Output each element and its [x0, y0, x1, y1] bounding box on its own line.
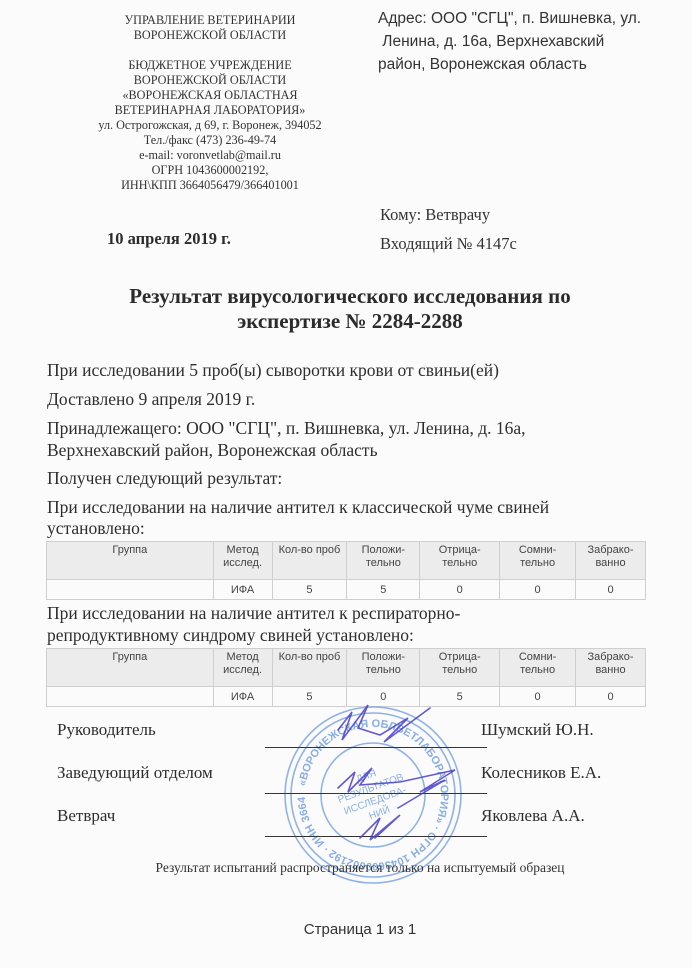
org-line: «ВОРОНЕЖСКАЯ ОБЛАСТНАЯ: [60, 88, 360, 103]
cell-negative: 0: [420, 580, 500, 600]
delivery-date: Доставлено 9 апреля 2019 г.: [47, 389, 667, 410]
org-ogrn: ОГРН 1043600002192,: [60, 163, 360, 178]
org-email: e-mail: voronvetlab@mail.ru: [60, 148, 360, 163]
title-line: Результат вирусологического исследования…: [40, 284, 660, 309]
signer-role: Заведующий отделом: [57, 763, 213, 783]
org-phone: Тел./факс (473) 236-49-74: [60, 133, 360, 148]
org-line: ВОРОНЕЖСКОЙ ОБЛАСТИ: [60, 28, 360, 43]
results-table-prrs: Группа Методисслед. Кол-во проб Положи-т…: [46, 648, 646, 707]
cell-method: ИФА: [213, 687, 272, 707]
signer-role: Ветврач: [57, 806, 115, 826]
col-negative: Отрица-тельно: [420, 649, 500, 687]
col-negative: Отрица-тельно: [420, 542, 500, 580]
samples-info: При исследовании 5 проб(ы) сыворотки кро…: [47, 360, 667, 381]
cell-rejected: 0: [576, 687, 646, 707]
org-inn: ИНН\КПП 3664056479/366401001: [60, 178, 360, 193]
owner-line: Принадлежащего: ООО "СГЦ", п. Вишневка, …: [47, 418, 667, 439]
org-line: УПРАВЛЕНИЕ ВЕТЕРИНАРИИ: [60, 13, 360, 28]
col-positive: Положи-тельно: [347, 542, 420, 580]
section1-heading: При исследовании на наличие антител к кл…: [47, 497, 667, 518]
cell-count: 5: [272, 580, 347, 600]
incoming-number: Входящий № 4147с: [380, 229, 517, 258]
organization-header: УПРАВЛЕНИЕ ВЕТЕРИНАРИИ ВОРОНЕЖСКОЙ ОБЛАС…: [60, 13, 360, 193]
signer-role: Руководитель: [57, 720, 156, 740]
signer-name: Шумский Ю.Н.: [481, 720, 594, 740]
document-title: Результат вирусологического исследования…: [40, 284, 660, 334]
document-date: 10 апреля 2019 г.: [107, 229, 231, 249]
cell-positive: 5: [347, 580, 420, 600]
recipient-address: Адрес: ООО "СГЦ", п. Вишневка, ул. Ленин…: [378, 7, 678, 76]
cell-doubtful: 0: [500, 687, 576, 707]
recipient-block: Кому: Ветврачу Входящий № 4147с: [380, 200, 517, 258]
results-table-csf: Группа Методисслед. Кол-во проб Положи-т…: [46, 541, 646, 600]
cell-group: [47, 687, 214, 707]
col-positive: Положи-тельно: [347, 649, 420, 687]
cell-method: ИФА: [213, 580, 272, 600]
col-doubtful: Сомни-тельно: [500, 542, 576, 580]
col-method: Методисслед.: [213, 649, 272, 687]
signer-name: Колесников Е.А.: [481, 763, 601, 783]
cell-group: [47, 580, 214, 600]
table-header-row: Группа Методисслед. Кол-во проб Положи-т…: [47, 542, 646, 580]
col-method: Методисслед.: [213, 542, 272, 580]
table-header-row: Группа Методисслед. Кол-во проб Положи-т…: [47, 649, 646, 687]
col-group: Группа: [47, 542, 214, 580]
recipient-to: Кому: Ветврачу: [380, 200, 517, 229]
col-count: Кол-во проб: [272, 542, 347, 580]
col-rejected: Забрако-ванно: [576, 649, 646, 687]
section2-heading: При исследовании на наличие антител к ре…: [47, 603, 667, 624]
address-line: район, Воронежская область: [378, 53, 678, 76]
page-number: Страница 1 из 1: [100, 921, 620, 938]
owner-line: Верхнехавский район, Воронежская область: [47, 440, 667, 461]
section1-heading: установлено:: [47, 518, 667, 539]
org-line: ВОРОНЕЖСКОЙ ОБЛАСТИ: [60, 73, 360, 88]
col-group: Группа: [47, 649, 214, 687]
title-line: экспертизе № 2284-2288: [40, 309, 660, 334]
col-doubtful: Сомни-тельно: [500, 649, 576, 687]
org-address: ул. Острогожская, д 69, г. Воронеж, 3940…: [60, 118, 360, 133]
section2-heading: репродуктивному синдрому свиней установл…: [47, 625, 667, 646]
org-line: ВЕТЕРИНАРНАЯ ЛАБОРАТОРИЯ»: [60, 103, 360, 118]
signer-name: Яковлева А.А.: [481, 806, 585, 826]
cell-doubtful: 0: [500, 580, 576, 600]
cell-rejected: 0: [576, 580, 646, 600]
org-line: БЮДЖЕТНОЕ УЧРЕЖДЕНИЕ: [60, 58, 360, 73]
result-intro: Получен следующий результат:: [47, 468, 667, 489]
col-rejected: Забрако-ванно: [576, 542, 646, 580]
table-row: ИФА 5 5 0 0 0: [47, 580, 646, 600]
disclaimer: Результат испытаний распространяется тол…: [100, 860, 620, 876]
handwritten-signatures-icon: [280, 700, 480, 850]
address-line: Адрес: ООО "СГЦ", п. Вишневка, ул.: [378, 7, 678, 30]
address-line: Ленина, д. 16а, Верхнехавский: [378, 30, 678, 53]
col-count: Кол-во проб: [272, 649, 347, 687]
